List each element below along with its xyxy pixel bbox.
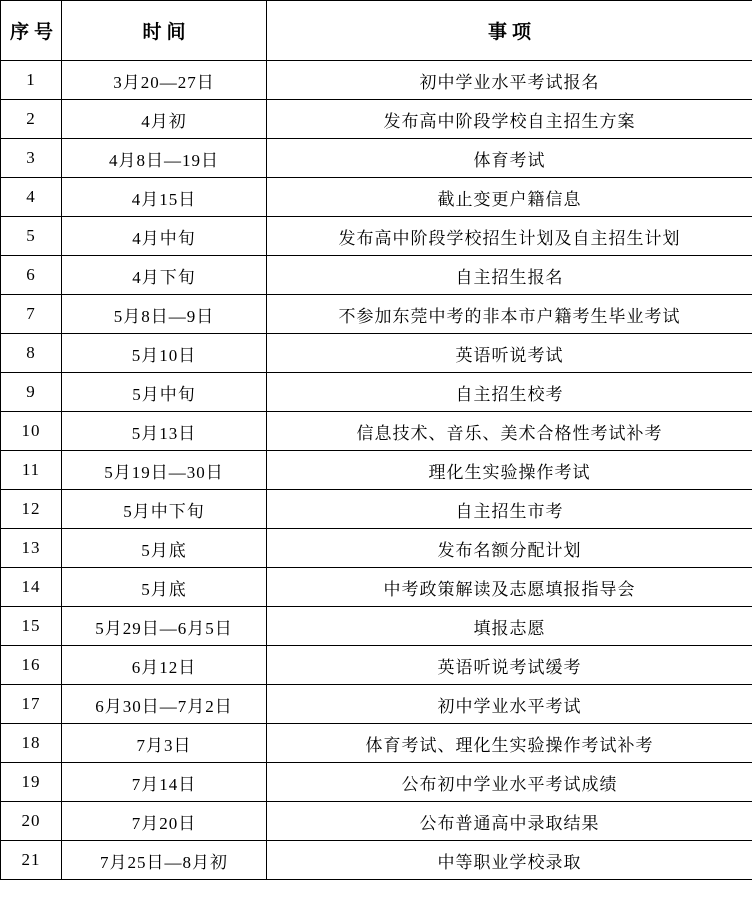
- cell-index: 14: [1, 568, 62, 607]
- cell-event: 初中学业水平考试报名: [267, 61, 752, 100]
- table-row: 34月8日—19日体育考试: [1, 139, 752, 178]
- cell-index: 7: [1, 295, 62, 334]
- table-row: 105月13日信息技术、音乐、美术合格性考试补考: [1, 412, 752, 451]
- cell-index: 12: [1, 490, 62, 529]
- cell-event: 中等职业学校录取: [267, 841, 752, 880]
- cell-event: 自主招生报名: [267, 256, 752, 295]
- table-row: 176月30日—7月2日初中学业水平考试: [1, 685, 752, 724]
- cell-index: 2: [1, 100, 62, 139]
- cell-time: 5月底: [62, 568, 267, 607]
- cell-time: 4月中旬: [62, 217, 267, 256]
- cell-event: 不参加东莞中考的非本市户籍考生毕业考试: [267, 295, 752, 334]
- table-row: 145月底中考政策解读及志愿填报指导会: [1, 568, 752, 607]
- table-row: 64月下旬自主招生报名: [1, 256, 752, 295]
- cell-index: 5: [1, 217, 62, 256]
- cell-time: 5月19日—30日: [62, 451, 267, 490]
- cell-time: 3月20—27日: [62, 61, 267, 100]
- table-row: 125月中下旬自主招生市考: [1, 490, 752, 529]
- cell-event: 发布高中阶段学校自主招生方案: [267, 100, 752, 139]
- header-event: 事项: [267, 1, 752, 61]
- cell-time: 7月25日—8月初: [62, 841, 267, 880]
- cell-event: 理化生实验操作考试: [267, 451, 752, 490]
- cell-event: 公布初中学业水平考试成绩: [267, 763, 752, 802]
- schedule-table: 序号 时间 事项 13月20—27日初中学业水平考试报名24月初发布高中阶段学校…: [0, 0, 752, 880]
- cell-event: 体育考试、理化生实验操作考试补考: [267, 724, 752, 763]
- cell-index: 15: [1, 607, 62, 646]
- cell-time: 7月20日: [62, 802, 267, 841]
- cell-index: 21: [1, 841, 62, 880]
- cell-index: 1: [1, 61, 62, 100]
- cell-index: 18: [1, 724, 62, 763]
- table-row: 155月29日—6月5日填报志愿: [1, 607, 752, 646]
- cell-event: 自主招生市考: [267, 490, 752, 529]
- cell-time: 4月15日: [62, 178, 267, 217]
- cell-index: 11: [1, 451, 62, 490]
- cell-index: 13: [1, 529, 62, 568]
- cell-time: 5月中下旬: [62, 490, 267, 529]
- schedule-page: 序号 时间 事项 13月20—27日初中学业水平考试报名24月初发布高中阶段学校…: [0, 0, 752, 901]
- cell-index: 17: [1, 685, 62, 724]
- cell-time: 4月8日—19日: [62, 139, 267, 178]
- cell-time: 5月8日—9日: [62, 295, 267, 334]
- cell-time: 5月中旬: [62, 373, 267, 412]
- table-row: 217月25日—8月初中等职业学校录取: [1, 841, 752, 880]
- cell-index: 3: [1, 139, 62, 178]
- cell-event: 发布高中阶段学校招生计划及自主招生计划: [267, 217, 752, 256]
- cell-time: 5月底: [62, 529, 267, 568]
- cell-index: 16: [1, 646, 62, 685]
- cell-event: 自主招生校考: [267, 373, 752, 412]
- table-row: 44月15日截止变更户籍信息: [1, 178, 752, 217]
- cell-index: 10: [1, 412, 62, 451]
- cell-time: 5月29日—6月5日: [62, 607, 267, 646]
- table-row: 75月8日—9日不参加东莞中考的非本市户籍考生毕业考试: [1, 295, 752, 334]
- table-row: 115月19日—30日理化生实验操作考试: [1, 451, 752, 490]
- cell-index: 19: [1, 763, 62, 802]
- cell-time: 7月3日: [62, 724, 267, 763]
- table-row: 135月底发布名额分配计划: [1, 529, 752, 568]
- table-row: 197月14日公布初中学业水平考试成绩: [1, 763, 752, 802]
- cell-event: 体育考试: [267, 139, 752, 178]
- cell-event: 中考政策解读及志愿填报指导会: [267, 568, 752, 607]
- cell-time: 6月12日: [62, 646, 267, 685]
- table-row: 187月3日体育考试、理化生实验操作考试补考: [1, 724, 752, 763]
- table-row: 207月20日公布普通高中录取结果: [1, 802, 752, 841]
- table-row: 13月20—27日初中学业水平考试报名: [1, 61, 752, 100]
- table-row: 95月中旬自主招生校考: [1, 373, 752, 412]
- table-row: 54月中旬发布高中阶段学校招生计划及自主招生计划: [1, 217, 752, 256]
- cell-event: 截止变更户籍信息: [267, 178, 752, 217]
- cell-time: 5月10日: [62, 334, 267, 373]
- cell-index: 20: [1, 802, 62, 841]
- cell-event: 发布名额分配计划: [267, 529, 752, 568]
- table-row: 24月初发布高中阶段学校自主招生方案: [1, 100, 752, 139]
- cell-time: 5月13日: [62, 412, 267, 451]
- table-row: 166月12日英语听说考试缓考: [1, 646, 752, 685]
- cell-index: 4: [1, 178, 62, 217]
- cell-event: 英语听说考试: [267, 334, 752, 373]
- cell-time: 4月初: [62, 100, 267, 139]
- cell-time: 6月30日—7月2日: [62, 685, 267, 724]
- cell-event: 公布普通高中录取结果: [267, 802, 752, 841]
- cell-time: 4月下旬: [62, 256, 267, 295]
- header-row: 序号 时间 事项: [1, 1, 752, 61]
- cell-index: 8: [1, 334, 62, 373]
- cell-index: 9: [1, 373, 62, 412]
- cell-time: 7月14日: [62, 763, 267, 802]
- cell-index: 6: [1, 256, 62, 295]
- table-row: 85月10日英语听说考试: [1, 334, 752, 373]
- cell-event: 初中学业水平考试: [267, 685, 752, 724]
- header-time: 时间: [62, 1, 267, 61]
- cell-event: 英语听说考试缓考: [267, 646, 752, 685]
- header-index: 序号: [1, 1, 62, 61]
- table-body: 13月20—27日初中学业水平考试报名24月初发布高中阶段学校自主招生方案34月…: [1, 61, 752, 880]
- cell-event: 信息技术、音乐、美术合格性考试补考: [267, 412, 752, 451]
- cell-event: 填报志愿: [267, 607, 752, 646]
